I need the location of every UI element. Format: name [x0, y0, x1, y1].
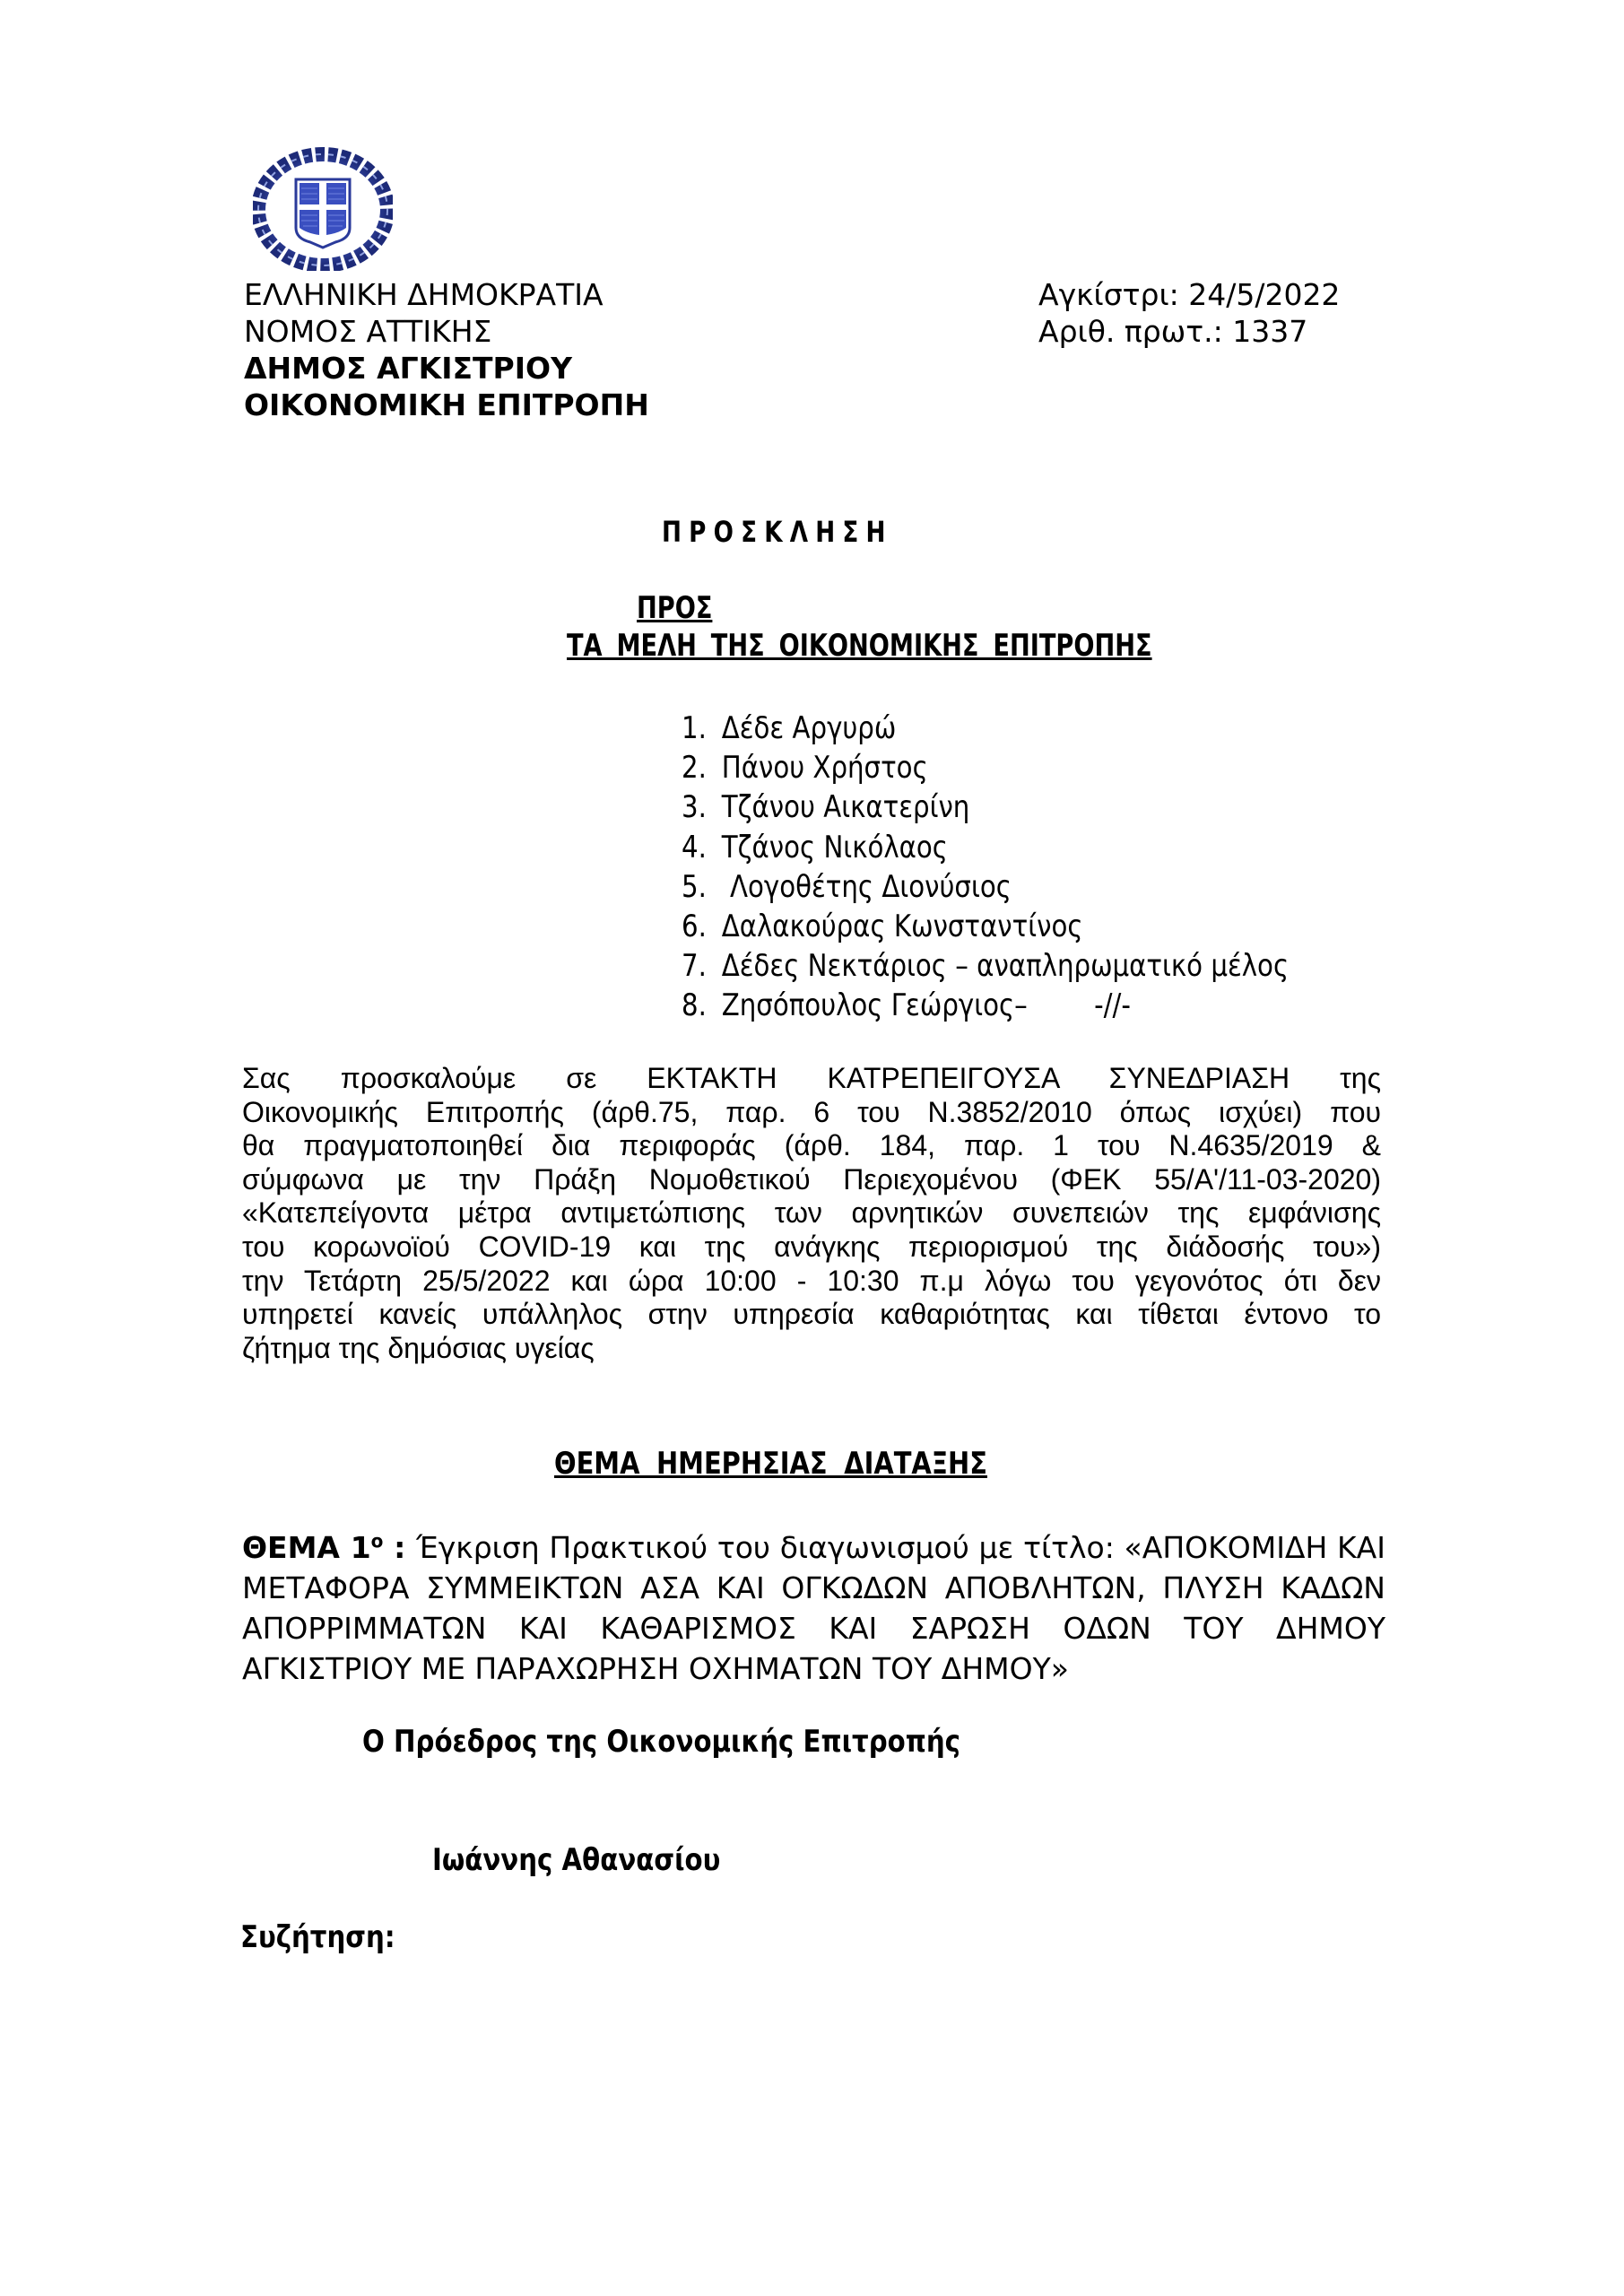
member-item: 3.Τζάνου Αικατερίνη	[682, 787, 1289, 827]
agenda-subject: ΘΕΜΑ 1ο : Έγκριση Πρακτικού του διαγωνισ…	[242, 1521, 1385, 1689]
member-item: 5. Λογοθέτης Διονύσιος	[682, 867, 1289, 907]
document-meta: Αγκίστρι: 24/5/2022 Αριθ. πρωτ.: 1337	[1038, 276, 1340, 350]
signatory-role: Ο Πρόεδρος της Οικονομικής Επιτροπής	[362, 1724, 960, 1760]
paragraph-line: την Τετάρτη 25/5/2022 και ώρα 10:00 - 10…	[242, 1265, 1381, 1299]
member-name: Λογοθέτης Διονύσιος	[722, 867, 1012, 907]
member-name: Τζάνος Νικόλαος	[722, 828, 948, 867]
member-number: 3.	[682, 787, 722, 827]
member-item: 4.Τζάνος Νικόλαος	[682, 828, 1289, 867]
member-name: Πάνου Χρήστος	[722, 748, 928, 787]
protocol-number: Αριθ. πρωτ.: 1337	[1038, 313, 1340, 350]
member-name: Δέδε Αργυρώ	[722, 709, 897, 748]
member-number: 5.	[682, 867, 722, 907]
subject-line: ΑΓΚΙΣΤΡΙΟΥ ΜΕ ΠΑΡΑΧΩΡΗΣΗ ΟΧΗΜΑΤΩΝ ΤΟΥ ΔΗ…	[242, 1648, 1385, 1689]
paragraph-line: ζήτημα της δημόσιας υγείας	[242, 1332, 1381, 1366]
issuer-block: ΕΛΛΗΝΙΚΗ ΔΗΜΟΚΡΑΤΙΑ ΝΟΜΟΣ ΑΤΤΙΚΗΣ ΔΗΜΟΣ …	[244, 276, 649, 423]
subject-colon: :	[383, 1530, 416, 1565]
member-name: Δαλακούρας Κωνσταντίνος	[722, 907, 1083, 946]
paragraph-line: Οικονομικής Επιτροπής (άρθ.75, παρ. 6 το…	[242, 1096, 1381, 1130]
subject-label: ΘΕΜΑ 1ο :	[242, 1530, 416, 1565]
document-title: ΠΡΟΣΚΛΗΣΗ	[662, 515, 893, 549]
member-number: 8.	[682, 986, 722, 1025]
member-name: Τζάνου Αικατερίνη	[722, 787, 970, 827]
issuer-municipality: ΔΗΜΟΣ ΑΓΚΙΣΤΡΙΟΥ	[244, 350, 649, 387]
agenda-title: ΘΕΜΑ ΗΜΕΡΗΣΙΑΣ ΔΙΑΤΑΞΗΣ	[554, 1446, 987, 1482]
subject-line: ΘΕΜΑ 1ο : Έγκριση Πρακτικού του διαγωνισ…	[242, 1521, 1385, 1568]
member-number: 2.	[682, 748, 722, 787]
member-name: Ζησόπουλος Γεώργιος– -//-	[722, 986, 1131, 1025]
invitation-paragraph: Σας προσκαλούμε σε ΕΚΤΑΚΤΗ ΚΑΤΡΕΠΕΙΓΟΥΣΑ…	[242, 1062, 1381, 1365]
paragraph-line: σύμφωνα με την Πράξη Νομοθετικού Περιεχο…	[242, 1163, 1381, 1197]
issuer-prefecture: ΝΟΜΟΣ ΑΤΤΙΚΗΣ	[244, 313, 649, 350]
greek-coat-of-arms-icon	[253, 145, 393, 271]
discussion-label: Συζήτηση:	[240, 1919, 395, 1955]
member-item: 6.Δαλακούρας Κωνσταντίνος	[682, 907, 1289, 946]
paragraph-line: υπηρετεί κανείς υπάλληλος στην υπηρεσία …	[242, 1298, 1381, 1332]
member-item: 1.Δέδε Αργυρώ	[682, 709, 1289, 748]
issuer-committee: ΟΙΚΟΝΟΜΙΚΗ ΕΠΙΤΡΟΠΗ	[244, 387, 649, 423]
document-page: ΕΛΛΗΝΙΚΗ ΔΗΜΟΚΡΑΤΙΑ ΝΟΜΟΣ ΑΤΤΙΚΗΣ ΔΗΜΟΣ …	[0, 0, 1624, 2296]
subject-ordinal: ο	[371, 1530, 384, 1552]
place-date: Αγκίστρι: 24/5/2022	[1038, 276, 1340, 313]
paragraph-line: θα πραγματοποιηθεί δια περιφοράς (άρθ. 1…	[242, 1129, 1381, 1163]
member-name: Δέδες Νεκτάριος – αναπληρωματικό μέλος	[722, 946, 1289, 986]
paragraph-line: Σας προσκαλούμε σε ΕΚΤΑΚΤΗ ΚΑΤΡΕΠΕΙΓΟΥΣΑ…	[242, 1062, 1381, 1096]
paragraph-line: του κορωνοϊού COVID-19 και της ανάγκης π…	[242, 1231, 1381, 1265]
paragraph-line: «Κατεπείγοντα μέτρα αντιμετώπισης των αρ…	[242, 1196, 1381, 1231]
member-item: 2.Πάνου Χρήστος	[682, 748, 1289, 787]
member-number: 6.	[682, 907, 722, 946]
members-list: 1.Δέδε Αργυρώ2.Πάνου Χρήστος3.Τζάνου Αικ…	[682, 709, 1289, 1026]
member-number: 1.	[682, 709, 722, 748]
recipients-heading: ΤΑ ΜΕΛΗ ΤΗΣ ΟΙΚΟΝΟΜΙΚΗΣ ΕΠΙΤΡΟΠΗΣ	[567, 628, 1152, 664]
member-number: 7.	[682, 946, 722, 986]
recipients-label: ΠΡΟΣ	[637, 590, 712, 626]
member-item: 8.Ζησόπουλος Γεώργιος– -//-	[682, 986, 1289, 1025]
subject-text: Έγκριση Πρακτικού του διαγωνισμού με τίτ…	[416, 1530, 1385, 1565]
subject-line: ΑΠΟΡΡΙΜΜΑΤΩΝ ΚΑΙ ΚΑΘΑΡΙΣΜΟΣ ΚΑΙ ΣΑΡΩΣΗ Ο…	[242, 1608, 1385, 1648]
signatory-name: Ιωάννης Αθανασίου	[432, 1842, 720, 1878]
issuer-country: ΕΛΛΗΝΙΚΗ ΔΗΜΟΚΡΑΤΙΑ	[244, 276, 649, 313]
subject-line: ΜΕΤΑΦΟΡΑ ΣΥΜΜΕΙΚΤΩΝ ΑΣΑ ΚΑΙ ΟΓΚΩΔΩΝ ΑΠΟΒ…	[242, 1568, 1385, 1608]
member-number: 4.	[682, 828, 722, 867]
subject-label-text: ΘΕΜΑ 1	[242, 1530, 371, 1565]
member-item: 7.Δέδες Νεκτάριος – αναπληρωματικό μέλος	[682, 946, 1289, 986]
